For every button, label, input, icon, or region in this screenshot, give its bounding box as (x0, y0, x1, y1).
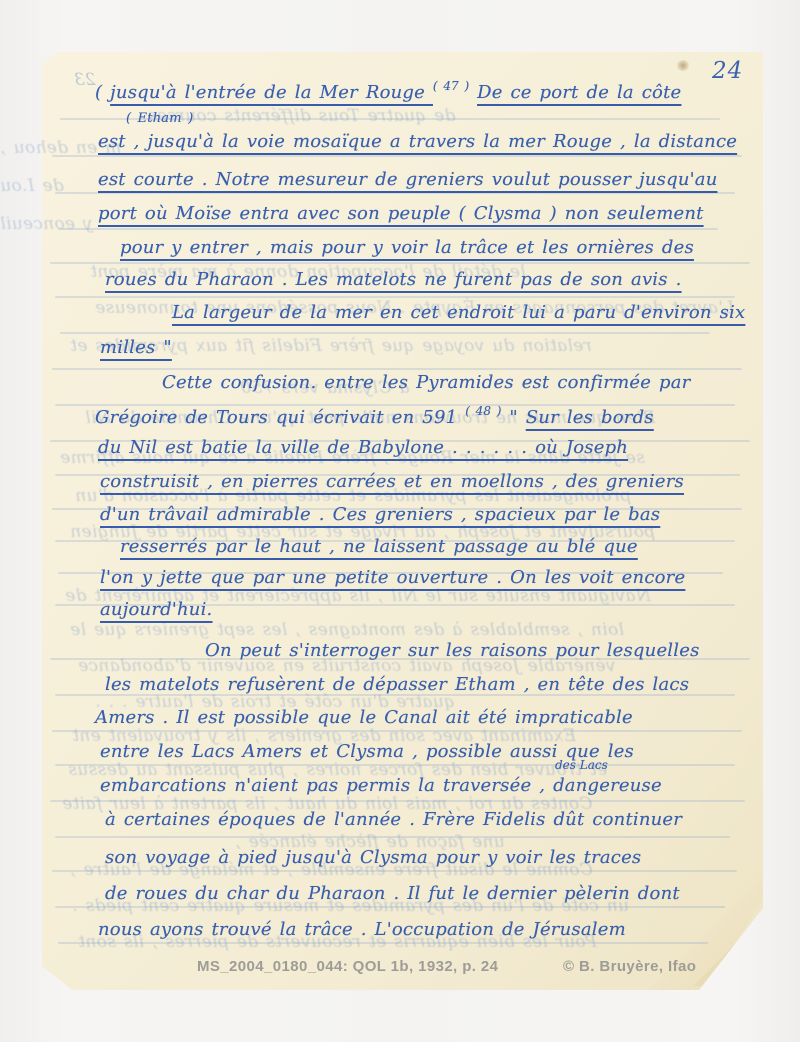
footnote-marker: ( 47 ) (433, 79, 469, 93)
bleedthrough-text: y eonceuil (0, 214, 93, 234)
manuscript-line: son voyage à pied jusqu'à Clysma pour y … (105, 848, 641, 868)
handwritten-text: les matelots refusèrent de dépasser Etha… (105, 674, 689, 695)
manuscript-line: ( Etham ) (126, 112, 193, 126)
manuscript-line: est courte . Notre mesureur de greniers … (98, 170, 718, 190)
handwritten-text (469, 82, 477, 103)
handwritten-text: Grégoire de Tours qui écrivait en 591 (95, 407, 465, 428)
manuscript-line: les matelots refusèrent de dépasser Etha… (105, 675, 689, 695)
handwritten-text: est courte . (98, 169, 216, 190)
handwritten-text: nous ayons trouvé la trâce . L'occupatio… (98, 919, 626, 940)
handwritten-text: Sur les bords (526, 407, 654, 428)
bleedthrough-rule (58, 228, 718, 230)
archive-caption: MS_2004_0180_044: QOL 1b, 1932, p. 24 © … (0, 958, 800, 982)
handwritten-text: non seulement (565, 203, 704, 224)
manuscript-line: construisit , en pierres carrées et en m… (100, 472, 684, 492)
manuscript-line: Cette confusion. entre les Pyramides est… (162, 373, 690, 393)
manuscript-line: de roues du char du Pharaon . Il fut le … (105, 884, 680, 904)
manuscript-line: milles " (100, 338, 172, 358)
bleedthrough-text: loin , semblables à des montagnes , les … (70, 620, 624, 640)
manuscript-line: roues du Pharaon . Les matelots ne furen… (105, 270, 682, 290)
handwritten-text: La largeur de la mer en cet endroit lui … (172, 302, 745, 323)
handwritten-text: Cette confusion. entre les Pyramides est… (162, 372, 690, 393)
handwritten-text: aujourd'hui. (100, 599, 212, 620)
footnote-marker: ( 48 ) (465, 404, 501, 418)
handwritten-text: construisit , en pierres carrées et en m… (100, 471, 684, 492)
handwritten-text: l'on y jette que par une petite ouvertur… (100, 567, 685, 588)
bleedthrough-rule (52, 368, 742, 370)
manuscript-line: Grégoire de Tours qui écrivait en 591 ( … (95, 405, 654, 428)
bleedthrough-rule (55, 192, 735, 194)
manuscript-line: On peut s'interroger sur les raisons pou… (205, 641, 700, 661)
handwritten-text: ( Etham ) (126, 111, 193, 126)
caption-reference: MS_2004_0180_044: QOL 1b, 1932, p. 24 (197, 958, 498, 975)
caption-copyright: © B. Bruyère, Ifao (563, 958, 696, 975)
handwritten-text: Notre mesureur de greniers voulut pousse… (216, 169, 718, 190)
handwritten-text: embarcations n'aient pas permis la trave… (100, 775, 662, 796)
paper-speck (690, 46, 697, 53)
paper-stain (676, 60, 690, 71)
manuscript-line: entre les Lacs Amers et Clysma , possibl… (100, 742, 634, 762)
manuscript-line: embarcations n'aient pas permis la trave… (100, 776, 662, 796)
manuscript-line: d'un trâvail admirable . Ces greniers , … (100, 505, 660, 525)
manuscript-line: Amers . Il est possible que le Canal ait… (95, 708, 633, 728)
manuscript-line: port où Moïse entra avec son peuple ( Cl… (98, 204, 704, 224)
handwritten-text: milles " (100, 337, 172, 358)
bleedthrough-text: de I.ou (0, 176, 64, 196)
bleedthrough-rule (52, 155, 742, 157)
manuscript-line: ( jusqu'à l'entrée de la Mer Rouge ( 47 … (95, 80, 681, 103)
handwritten-text: " (501, 407, 525, 428)
handwritten-text: roues du Pharaon . Les matelots ne furen… (105, 269, 682, 290)
handwritten-text: son voyage à pied jusqu'à Clysma pour y … (105, 847, 641, 868)
verso-page-number-ghost: 23 (74, 70, 96, 90)
handwritten-text: entre les Lacs Amers et Clysma , possibl… (100, 741, 634, 762)
manuscript-line: à certaines époques de l'année . Frère F… (105, 810, 682, 830)
manuscript-line: resserrés par le haut , ne laissent pass… (120, 537, 638, 557)
handwritten-text: jusqu'à l'entrée de la Mer Rouge (110, 82, 433, 103)
manuscript-line: est , jusqu'à la voie mosaïque a travers… (98, 132, 737, 152)
manuscript-line: La largeur de la mer en cet endroit lui … (172, 303, 745, 323)
interline-annotation: des Lacs (555, 758, 608, 772)
handwritten-text: du Nil est batie la ville de Babylone . … (98, 437, 628, 458)
manuscript-line: nous ayons trouvé la trâce . L'occupatio… (98, 920, 626, 940)
handwritten-text: On peut s'interroger sur les raisons pou… (205, 640, 700, 661)
handwritten-text: port où Moïse entra avec son peuple ( Cl… (98, 203, 565, 224)
handwritten-text: resserrés par le haut , ne laissent pass… (120, 536, 638, 557)
handwritten-text: pour y entrer , mais pour y voir la trâc… (120, 237, 694, 258)
scanned-manuscript-page: 23 24 MS_2004_0180_044: QOL 1b, 1932, p.… (0, 0, 800, 1042)
manuscript-line: l'on y jette que par une petite ouvertur… (100, 568, 685, 588)
bleedthrough-text: de quatre Tous différents courses (148, 106, 455, 126)
handwritten-text: De ce port de la côte (477, 82, 681, 103)
handwritten-text: Amers . Il est possible que le Canal ait… (95, 707, 633, 728)
manuscript-line: pour y entrer , mais pour y voir la trâc… (120, 238, 694, 258)
manuscript-line: du Nil est batie la ville de Babylone . … (98, 438, 628, 458)
handwritten-text: d'un trâvail admirable . Ces greniers , … (100, 504, 660, 525)
page-number: 24 (712, 58, 743, 84)
handwritten-text: est , jusqu'à la voie mosaïque a travers… (98, 131, 737, 152)
handwritten-text: de roues du char du Pharaon . Il fut le … (105, 883, 680, 904)
handwritten-text: ( (95, 82, 110, 103)
handwritten-text: à certaines époques de l'année . Frère F… (105, 809, 682, 830)
manuscript-line: aujourd'hui. (100, 600, 212, 620)
bleedthrough-rule (60, 332, 710, 334)
